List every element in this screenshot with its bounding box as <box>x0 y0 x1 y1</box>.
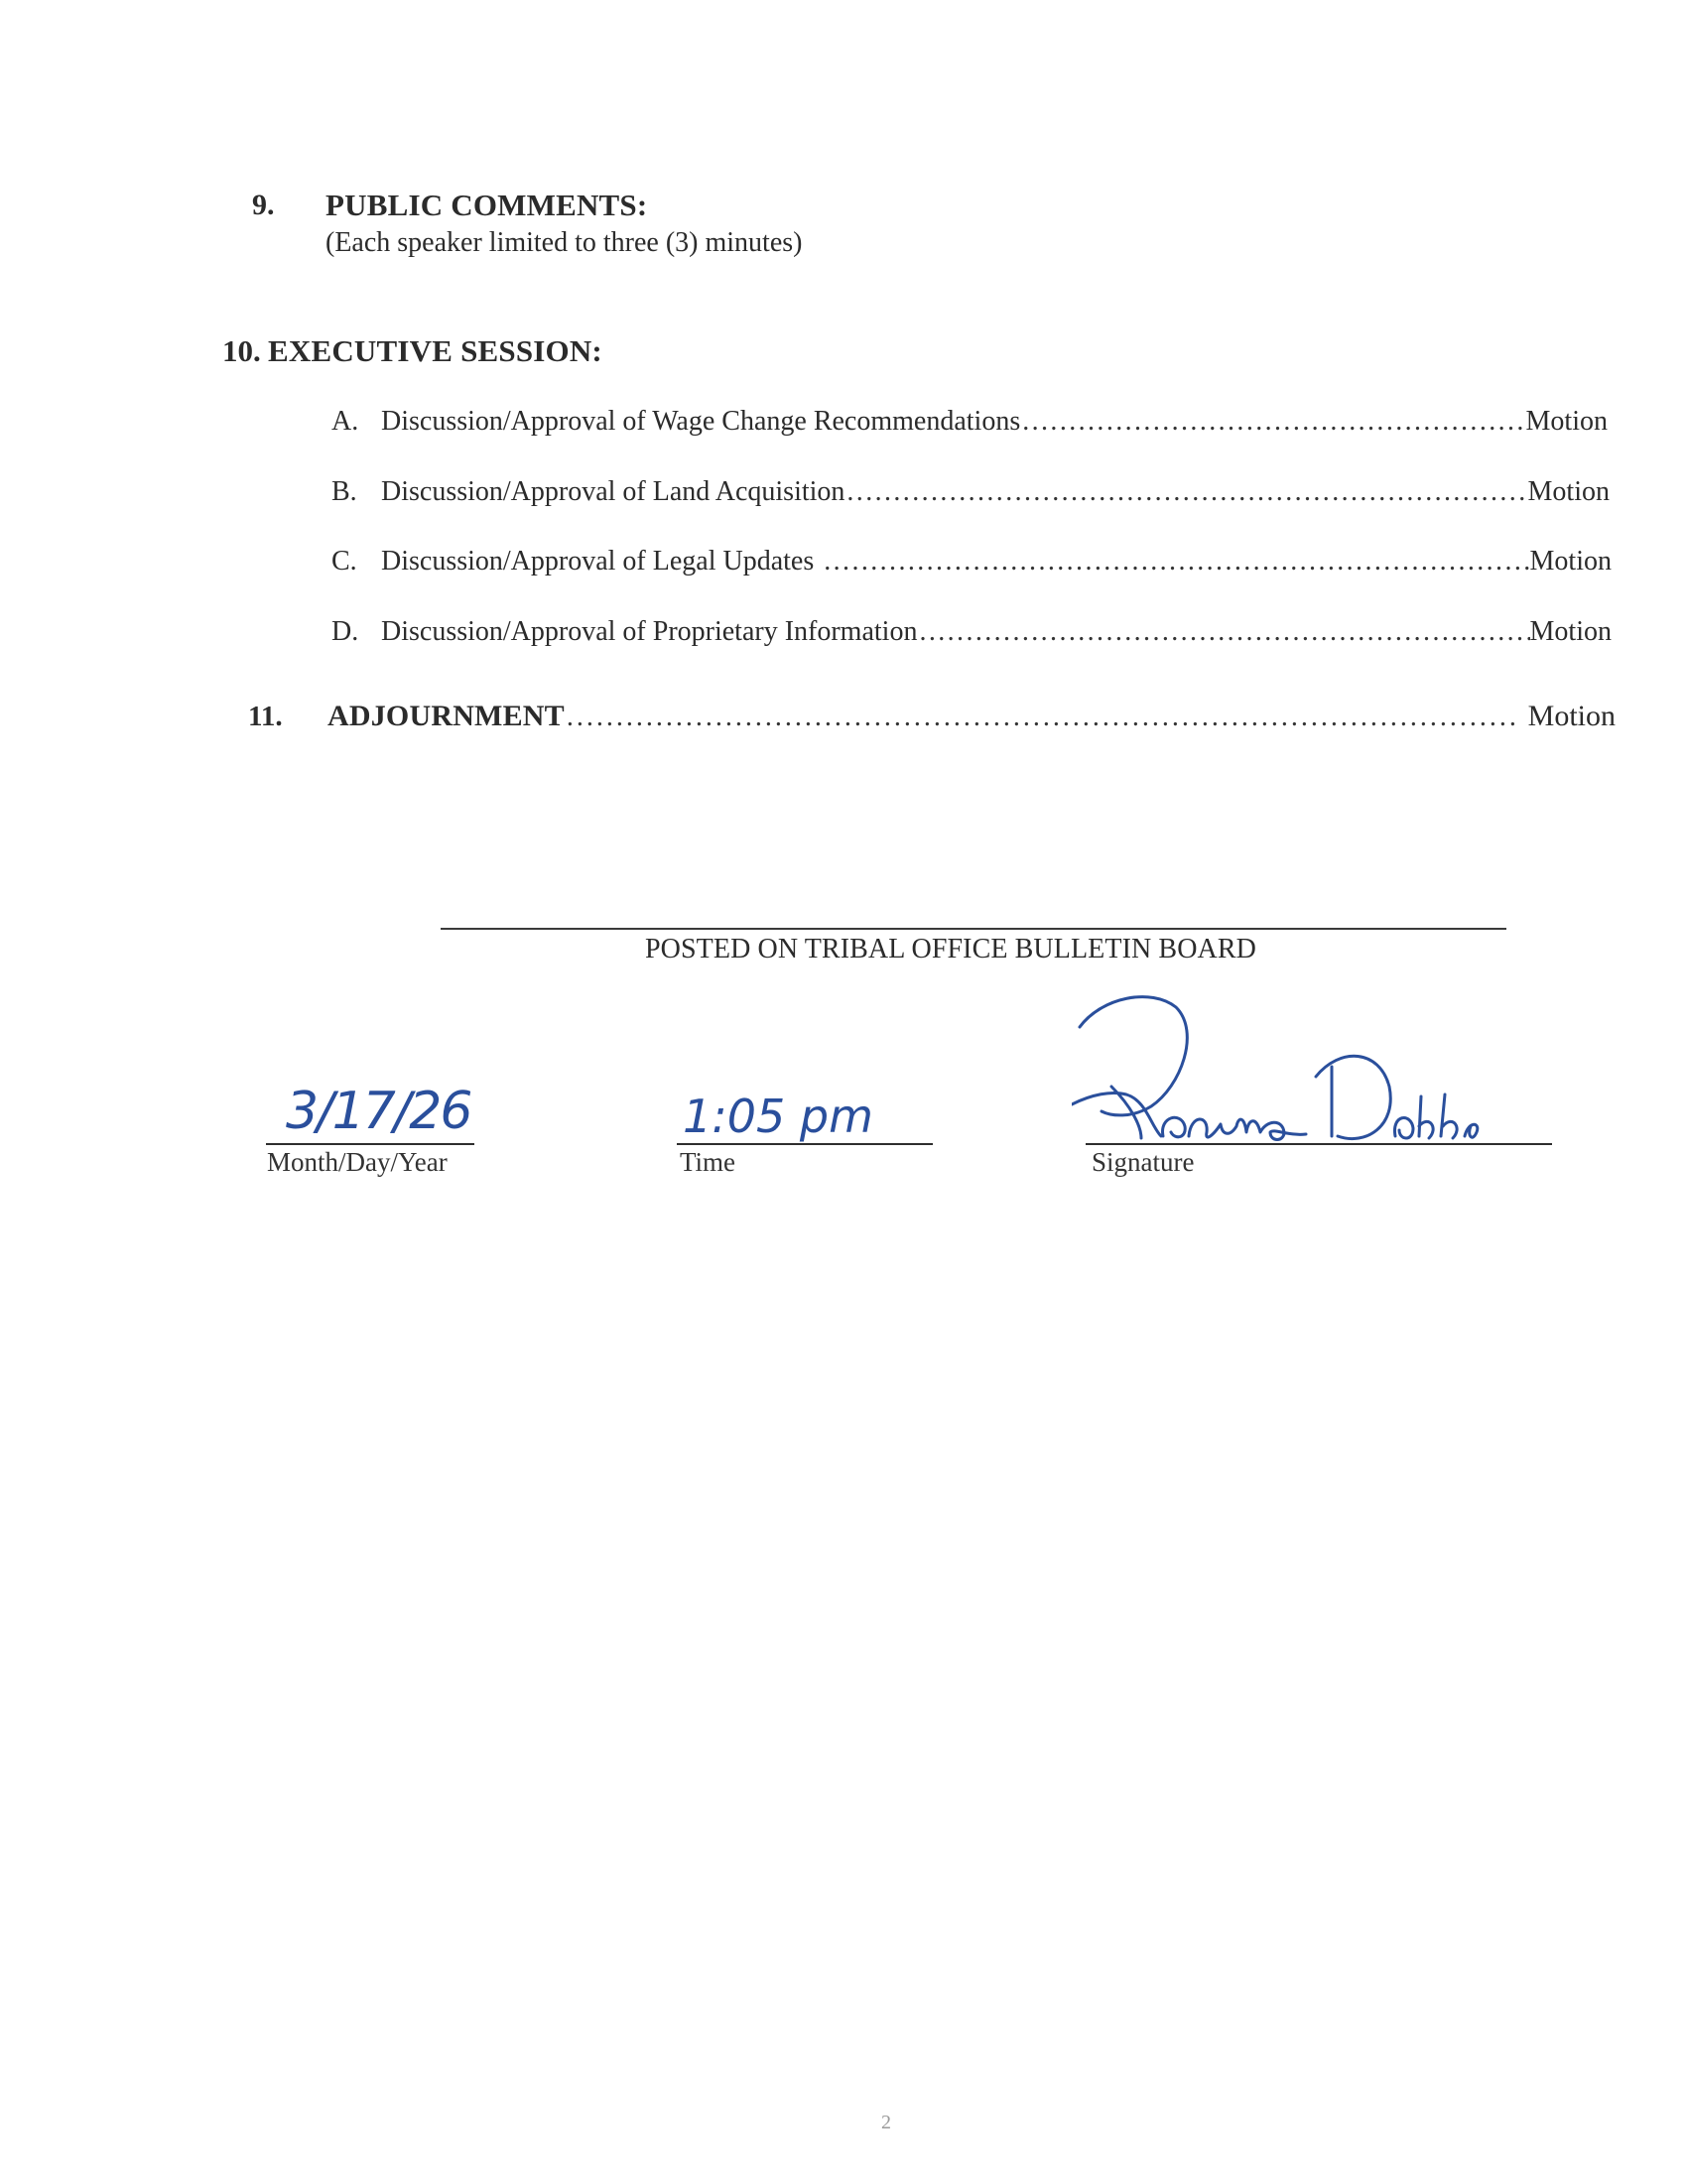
item-action: Motion <box>1528 700 1616 733</box>
section-number-adjournment: 11. <box>248 701 327 733</box>
section-number-executive-session: 10. <box>222 333 261 369</box>
signature-field-label: Signature <box>1092 1147 1194 1178</box>
date-field-label: Month/Day/Year <box>267 1147 448 1178</box>
item-label: Discussion/Approval of Legal Updates <box>381 546 814 578</box>
dot-leader <box>824 546 1529 578</box>
item-action: Motion <box>1530 546 1612 578</box>
time-handwritten-value: 1:05 pm <box>683 1090 873 1143</box>
section-number-public-comments: 9. <box>252 189 275 222</box>
section-title-executive-session: EXECUTIVE SESSION: <box>268 333 602 369</box>
agenda-item: B. Discussion/Approval of Land Acquisiti… <box>331 476 1610 512</box>
public-comments-note: (Each speaker limited to three (3) minut… <box>325 227 802 259</box>
item-action: Motion <box>1526 406 1608 438</box>
date-handwritten-value: 3/17/26 <box>286 1082 470 1141</box>
item-label: Discussion/Approval of Proprietary Infor… <box>381 616 917 648</box>
agenda-item-adjournment: 11. ADJOURNMENT Motion <box>248 700 1616 739</box>
date-field-line <box>266 1143 474 1145</box>
item-label: Discussion/Approval of Wage Change Recom… <box>381 406 1020 438</box>
dot-leader <box>567 702 1520 733</box>
time-field-line <box>677 1143 933 1145</box>
item-letter: A. <box>331 406 381 438</box>
time-field-label: Time <box>680 1147 735 1178</box>
item-letter: B. <box>331 476 381 508</box>
dot-leader <box>1022 406 1525 438</box>
item-action: Motion <box>1528 476 1610 508</box>
agenda-item: C. Discussion/Approval of Legal Updates … <box>331 546 1612 581</box>
signature-field-line <box>1086 1143 1552 1145</box>
item-action: Motion <box>1530 616 1612 648</box>
agenda-page: 9. PUBLIC COMMENTS: (Each speaker limite… <box>0 0 1687 2184</box>
item-label: Discussion/Approval of Land Acquisition <box>381 476 844 508</box>
item-letter: C. <box>331 546 381 578</box>
signature-scribble <box>1072 987 1489 1156</box>
agenda-item: A. Discussion/Approval of Wage Change Re… <box>331 406 1608 442</box>
section-title-public-comments: PUBLIC COMMENTS: <box>325 188 647 223</box>
item-letter: D. <box>331 616 381 648</box>
section-title-adjournment: ADJOURNMENT <box>327 700 565 733</box>
dot-leader <box>919 616 1529 648</box>
agenda-item: D. Discussion/Approval of Proprietary In… <box>331 616 1612 652</box>
page-number: 2 <box>881 2112 891 2134</box>
dot-leader <box>846 476 1527 508</box>
posted-caption: POSTED ON TRIBAL OFFICE BULLETIN BOARD <box>645 934 1256 965</box>
divider-rule <box>441 928 1506 930</box>
